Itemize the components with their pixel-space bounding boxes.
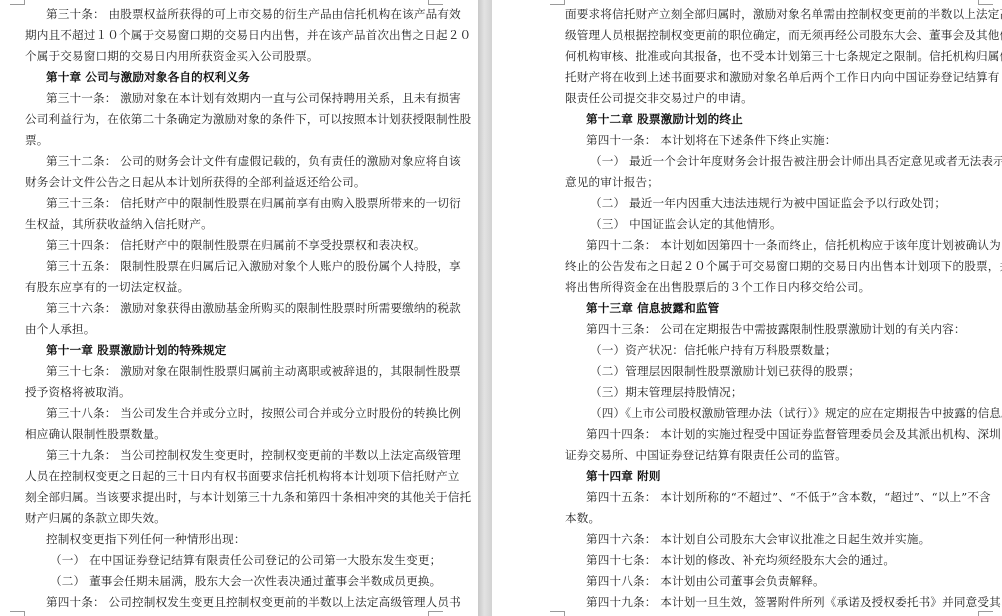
chapter-heading: 第十四章 附则 [565, 466, 971, 487]
text-line: 第三十八条： 当公司发生合并或分立时，按照公司合并或分立时股份的转换比例 [25, 403, 430, 424]
text-line: 刻全部归属。当该要求提出时，与本计划第三十九条和第四十条相冲突的其他关于信托 [25, 487, 430, 508]
text-line: （一） 在中国证券登记结算有限责任公司登记的公司第一大股东发生变更； [25, 550, 430, 571]
text-line: （一）资产状况：信托帐户持有万科股票数量； [565, 340, 971, 361]
text-line: （三）期末管理层持股情况； [565, 382, 971, 403]
text-line: 个属于交易窗口期的交易日内用所获资金买入公司股票。 [25, 46, 430, 67]
text-line: （一） 最近一个会计年度财务会计报告被注册会计师出具否定意见或者无法表示 [565, 151, 971, 172]
crop-mark-top-left [10, 0, 25, 5]
text-line: 票。 [25, 130, 430, 151]
text-line: 限责任公司提交非交易过户的申请。 [565, 88, 971, 109]
text-line: （三） 中国证监会认定的其他情形。 [565, 214, 971, 235]
text-line: 有股东应享有的一切法定权益。 [25, 277, 430, 298]
text-line: 第四十四条： 本计划的实施过程受中国证券监督管理委员会及其派出机构、深圳 [565, 424, 971, 445]
crop-mark-top-left [550, 0, 565, 5]
text-line: 本数。 [565, 508, 971, 529]
text-line: 第四十六条： 本计划自公司股东大会审议批准之日起生效并实施。 [565, 529, 971, 550]
text-line: 由个人承担。 [25, 319, 430, 340]
text-line: 授予资格将被取消。 [25, 382, 430, 403]
text-line: 第四十八条： 本计划由公司董事会负责解释。 [565, 571, 971, 592]
text-line: 第三十五条： 限制性股票在归属后记入激励对象个人账户的股份属个人持股，享 [25, 256, 430, 277]
right-page-text: 面要求将信托财产立刻全部归属时，激励对象名单需由控制权变更前的半数以上法定高级管… [565, 4, 971, 613]
text-line: 证券交易所、中国证券登记结算有限责任公司的监管。 [565, 445, 971, 466]
document-page-right: 面要求将信托财产立刻全部归属时，激励对象名单需由控制权变更前的半数以上法定高级管… [492, 0, 1002, 616]
crop-mark-bottom-left [550, 611, 565, 616]
text-line: 第四十七条： 本计划的修改、补充均须经股东大会的通过。 [565, 550, 971, 571]
text-line: 何机构审核、批准或向其报备，也不受本计划第三十七条规定之限制。信托机构归属信 [565, 46, 971, 67]
text-line: 期内且不超过１０个属于交易窗口期的交易日内出售，并在该产品首次出售之日起２０ [25, 25, 430, 46]
text-line: 第四十一条： 本计划将在下述条件下终止实施： [565, 130, 971, 151]
text-line: 级管理人员根据控制权变更前的职位确定，而无须再经公司股东大会、董事会及其他任 [565, 25, 971, 46]
text-line: 生权益，其所获收益纳入信托财产。 [25, 214, 430, 235]
text-line: （二）管理层因限制性股票激励计划已获得的股票； [565, 361, 971, 382]
chapter-heading: 第十二章 股票激励计划的终止 [565, 109, 971, 130]
text-line: 意见的审计报告； [565, 172, 971, 193]
text-line: 财务会计文件公告之日起从本计划所获得的全部利益返还给公司。 [25, 172, 430, 193]
text-line: （四）《上市公司股权激励管理办法（试行）》规定的应在定期报告中披露的信息。 [565, 403, 971, 424]
text-line: 第三十四条： 信托财产中的限制性股票在归属前不享受投票权和表决权。 [25, 235, 430, 256]
text-line: 第四十九条： 本计划一旦生效，签署附件所列《承诺及授权委托书》并同意受其 [565, 592, 971, 613]
text-line: 第四十三条： 公司在定期报告中需披露限制性股票激励计划的有关内容： [565, 319, 971, 340]
page-gutter [478, 0, 492, 616]
text-line: 第三十七条： 激励对象在限制性股票归属前主动离职或被辞退的，其限制性股票 [25, 361, 430, 382]
chapter-heading: 第十一章 股票激励计划的特殊规定 [25, 340, 430, 361]
crop-mark-top-right [978, 0, 993, 5]
text-line: 财产归属的条款立即失效。 [25, 508, 430, 529]
text-line: 第三十三条： 信托财产中的限制性股票在归属前享有由购入股票所带来的一切衍 [25, 193, 430, 214]
text-line: 第四十条： 公司控制权发生变更且控制权变更前的半数以上法定高级管理人员书 [25, 592, 430, 613]
chapter-heading: 第十三章 信息披露和监管 [565, 298, 971, 319]
left-page-text: 第三十条： 由股票权益所获得的可上市交易的衍生产品由信托机构在该产品有效期内且不… [25, 4, 430, 613]
text-line: 公司利益行为，在依第二十条确定为激励对象的条件下，可以按照本计划获授限制性股 [25, 109, 430, 130]
text-line: 将出售所得资金在出售股票后的３个工作日内移交给公司。 [565, 277, 971, 298]
text-line: 第四十五条： 本计划所称的“不超过”、“不低于”含本数，“超过”、“以上”不含 [565, 487, 971, 508]
text-line: （二） 董事会任期未届满，股东大会一次性表决通过董事会半数成员更换。 [25, 571, 430, 592]
text-line: 终止的公告发布之日起２０个属于可交易窗口期的交易日内出售本计划项下的股票，并 [565, 256, 971, 277]
crop-mark-bottom-left [10, 611, 25, 616]
text-line: 人员在控制权变更之日起的三十日内有权书面要求信托机构将本计划项下信托财产立 [25, 466, 430, 487]
chapter-heading: 第十章 公司与激励对象各自的权利义务 [25, 67, 430, 88]
text-line: 第三十一条： 激励对象在本计划有效期内一直与公司保持聘用关系，且未有损害 [25, 88, 430, 109]
text-line: 第三十六条： 激励对象获得由激励基金所购买的限制性股票时所需要缴纳的税款 [25, 298, 430, 319]
text-line: （二） 最近一年内因重大违法违规行为被中国证监会予以行政处罚； [565, 193, 971, 214]
text-line: 第四十二条： 本计划如因第四十一条而终止，信托机构应于该年度计划被确认为 [565, 235, 971, 256]
text-line: 面要求将信托财产立刻全部归属时，激励对象名单需由控制权变更前的半数以上法定高 [565, 4, 971, 25]
text-line: 托财产将在收到上述书面要求和激励对象名单后两个工作日内向中国证券登记结算有 [565, 67, 971, 88]
text-line: 相应确认限制性股票数量。 [25, 424, 430, 445]
text-line: 第三十条： 由股票权益所获得的可上市交易的衍生产品由信托机构在该产品有效 [25, 4, 430, 25]
text-line: 控制权变更指下列任何一种情形出现： [25, 529, 430, 550]
document-page-left: 第三十条： 由股票权益所获得的可上市交易的衍生产品由信托机构在该产品有效期内且不… [0, 0, 478, 616]
text-line: 第三十九条： 当公司控制权发生变更时，控制权变更前的半数以上法定高级管理 [25, 445, 430, 466]
text-line: 第三十二条： 公司的财务会计文件有虚假记载的，负有责任的激励对象应将自该 [25, 151, 430, 172]
